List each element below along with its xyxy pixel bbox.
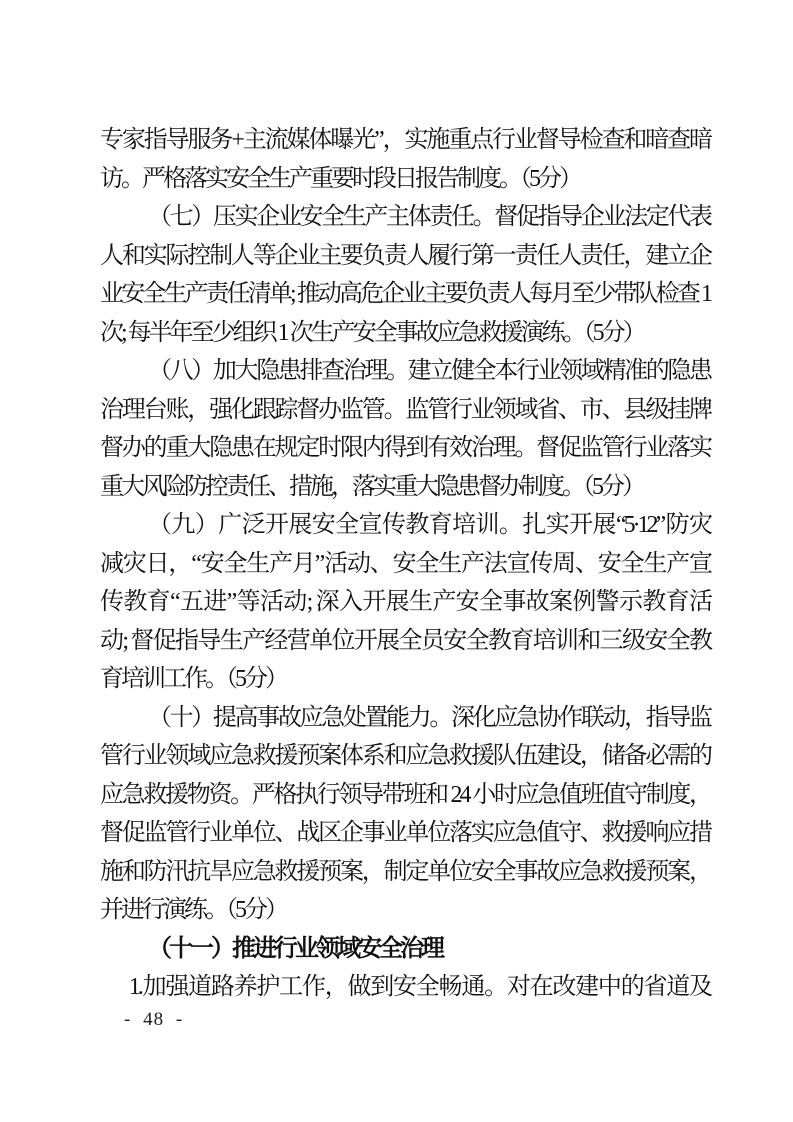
text-line: 人和实际控制人等企业主要负责人履行第一责任人责任，建立企 <box>100 237 710 276</box>
document-page: 专家指导服务+主流媒体曝光”，实施重点行业督导检查和暗查暗访。严格落实安全生产重… <box>0 0 793 1122</box>
text-line: 育培训工作。（5分） <box>100 660 710 699</box>
page-number: - 48 - <box>124 1008 183 1032</box>
text-line: （十一）推进行业领域安全治理 <box>100 930 710 969</box>
text-line: 重大风险防控责任、措施，落实重大隐患督办制度。（5分） <box>100 468 710 507</box>
text-line: 督促监管行业单位、战区企事业单位落实应急值守、救援响应措 <box>100 814 710 853</box>
text-line: 专家指导服务+主流媒体曝光”，实施重点行业督导检查和暗查暗 <box>100 121 710 160</box>
text-line: 传教育“五进”等活动; 深入开展生产安全事故案例警示教育活 <box>100 583 710 622</box>
text-line: 访。严格落实安全生产重要时段日报告制度。（5分） <box>100 160 710 199</box>
text-line: （八）加大隐患排查治理。建立健全本行业领域精准的隐患 <box>100 352 710 391</box>
text-line: 治理台账，强化跟踪督办监管。监管行业领域省、市、县级挂牌 <box>100 391 710 430</box>
text-line: 次; 每半年至少组织 1 次生产安全事故应急救援演练。（5分） <box>100 314 710 353</box>
text-line: 督办的重大隐患在规定时限内得到有效治理。督促监管行业落实 <box>100 429 710 468</box>
document-body: 专家指导服务+主流媒体曝光”，实施重点行业督导检查和暗查暗访。严格落实安全生产重… <box>100 121 710 1007</box>
text-line: 应急救援物资。严格执行领导带班和 24 小时应急值班值守制度， <box>100 776 710 815</box>
text-line: 并进行演练。（5分） <box>100 891 710 930</box>
text-line: （十）提高事故应急处置能力。深化应急协作联动，指导监 <box>100 699 710 738</box>
text-line: 管行业领域应急救援预案体系和应急救援队伍建设，储备必需的 <box>100 737 710 776</box>
text-line: （七）压实企业安全生产主体责任。督促指导企业法定代表 <box>100 198 710 237</box>
text-line: 减灾日，“安全生产月”活动、安全生产法宣传周、安全生产宣 <box>100 545 710 584</box>
text-line: 施和防汛抗旱应急救援预案，制定单位安全事故应急救援预案， <box>100 853 710 892</box>
text-line: 动; 督促指导生产经营单位开展全员安全教育培训和三级安全教 <box>100 622 710 661</box>
text-line: 业安全生产责任清单; 推动高危企业主要负责人每月至少带队检查 1 <box>100 275 710 314</box>
text-line: 1.加强道路养护工作，做到安全畅通。对在改建中的省道及 <box>100 968 710 1007</box>
text-line: （九）广泛开展安全宣传教育培训。扎实开展“5·12”防灾 <box>100 506 710 545</box>
